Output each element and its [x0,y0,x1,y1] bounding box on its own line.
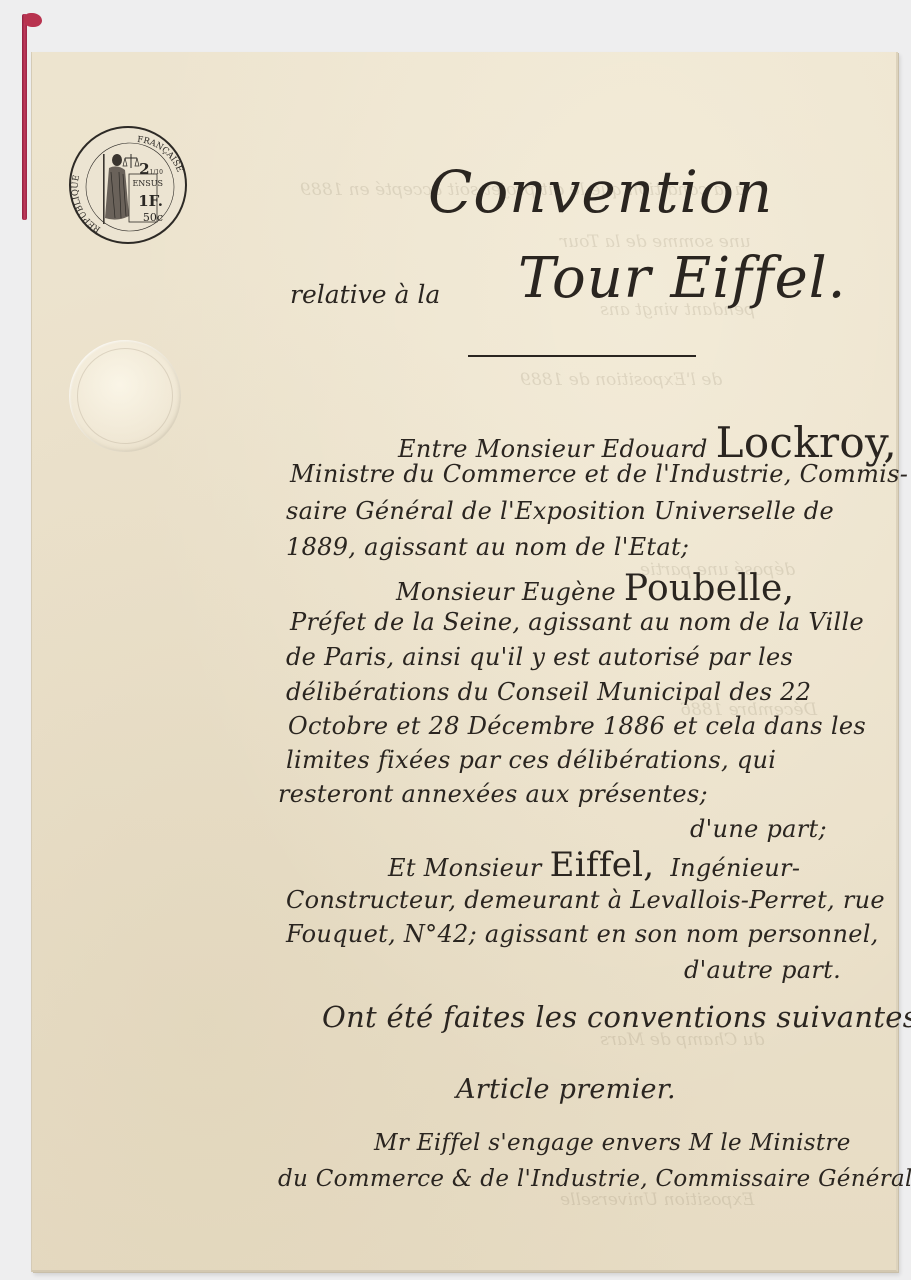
party-poubelle-line: resteront annexées aux présentes; [278,780,708,808]
title-tour-eiffel: Tour Eiffel. [518,246,846,311]
party-eiffel-closing: d'autre part. [684,956,841,984]
surname-poubelle: Poubelle, [624,568,794,609]
surname-eiffel: Eiffel, [550,845,655,885]
party-poubelle-line: délibérations du Conseil Municipal des 2… [286,678,811,706]
bleed-through-text: Exposition Universelle [560,1190,754,1210]
party-poubelle-line: de Paris, ainsi qu'il y est autorisé par… [286,643,793,671]
title-relative: relative à la [290,280,440,309]
stamp-value-label: ENSUS [132,180,163,188]
svg-text:RÉPUBLIQUE: RÉPUBLIQUE [71,174,103,234]
article-line: du Commerce & de l'Industrie, Commissair… [278,1166,911,1192]
tax-stamp: RÉPUBLIQUE FRANÇAISE 21/10 ENSUS 1F. 50c [69,126,187,244]
embossed-seal [69,340,181,452]
binding-string [22,14,27,220]
party-lockroy-line: 1889, agissant au nom de l'Etat; [286,533,689,561]
bleed-through-text: de l'Exposition de 1889 [520,370,722,390]
title-convention: Convention [428,158,773,226]
stamp-value-franc: 1F. [138,194,163,209]
party-poubelle-line: limites fixées par ces délibérations, qu… [286,746,776,774]
conventions-heading: Ont été faites les conventions suivantes… [322,1000,911,1034]
stamp-value-cents: 50c [143,212,163,223]
stamp-ring-text: RÉPUBLIQUE FRANÇAISE [71,128,189,246]
party-eiffel-intro: Et Monsieur Eiffel, Ingénieur- [388,845,800,885]
party-poubelle-intro: Monsieur Eugène Poubelle, [396,568,794,609]
party-eiffel-line: Fouquet, N°42; agissant en son nom perso… [286,920,879,948]
party-poubelle-closing: d'une part; [690,815,827,843]
title-underline [468,355,696,357]
party-poubelle-line: Octobre et 28 Décembre 1886 et cela dans… [288,712,866,740]
party-poubelle-line: Préfet de la Seine, agissant au nom de l… [290,608,864,636]
article-heading: Article premier. [456,1074,676,1105]
stamp-value-top: 21/10 [139,162,163,177]
party-lockroy-line: Ministre du Commerce et de l'Industrie, … [290,460,908,488]
party-eiffel-line: Constructeur, demeurant à Levallois-Perr… [286,886,885,914]
article-line: Mr Eiffel s'engage envers M le Ministre [374,1130,851,1156]
binding-string-knot [24,13,42,27]
party-lockroy-line: saire Général de l'Exposition Universell… [286,497,834,525]
